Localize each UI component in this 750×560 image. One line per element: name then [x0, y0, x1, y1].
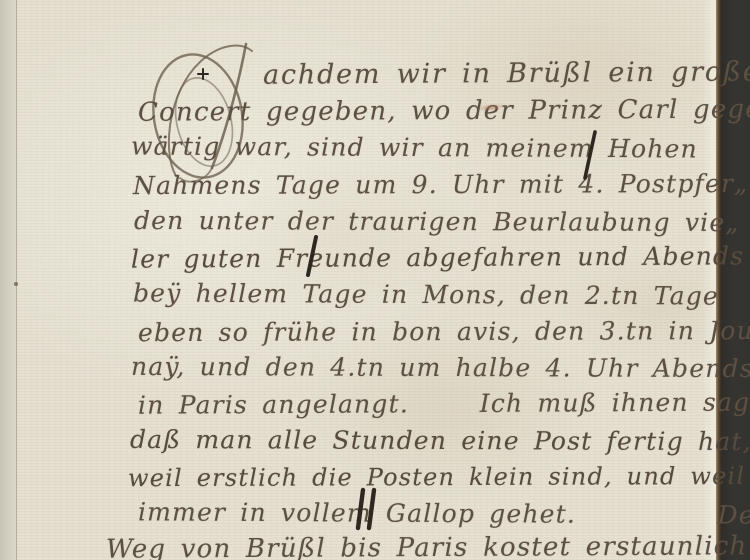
handwriting-line-8: eben so frühe in bon avis, den 3.tn in J…	[138, 316, 750, 347]
insertion-cross-mark-icon	[196, 66, 210, 80]
handwriting-line-12: weil erstlich die Posten klein sind, und…	[128, 462, 750, 492]
ink-speck	[14, 282, 18, 286]
handwriting-line-1: achdem wir in Brüßl ein großes	[263, 56, 750, 91]
deletion-slash-mark-icon	[582, 130, 598, 180]
handwriting-line-13: immer in vollem Gallop gehet. Der	[138, 497, 750, 529]
manuscript-scan: achdem wir in Brüßl ein großes Concert g…	[0, 0, 750, 560]
page-left-edge	[0, 0, 16, 560]
deletion-slash-mark-2-icon	[305, 235, 319, 277]
handwriting-line-11: daß man alle Stunden eine Post fertig ha…	[130, 425, 750, 456]
handwriting-line-9: naÿ, und den 4.tn um halbe 4. Uhr Abends	[131, 352, 750, 383]
handwriting-line-5: den unter der traurigen Beurlaubung vie„	[134, 206, 740, 237]
handwriting-line-10: in Paris angelangt. Ich muß ihnen sagen,	[138, 387, 750, 419]
handwriting-line-3: wärtig war, sind wir an meinem Hohen	[131, 132, 698, 164]
handwriting-line-4: Nahmens Tage um 9. Uhr mit 4. Postpfer„	[133, 169, 748, 200]
page-left-crease-line	[16, 0, 17, 560]
handwriting-line-14: Weg von Brüßl bis Paris kostet erstaunli…	[106, 531, 748, 560]
handwriting-line-6: ler guten Freunde abgefahren und Abends	[131, 241, 744, 273]
handwriting-line-2: Concert gegeben, wo der Prinz Carl gegen…	[138, 94, 750, 127]
double-stroke-mark-icon	[355, 487, 379, 531]
handwriting-line-7: beÿ hellem Tage in Mons, den 2.tn Tage	[133, 278, 719, 310]
